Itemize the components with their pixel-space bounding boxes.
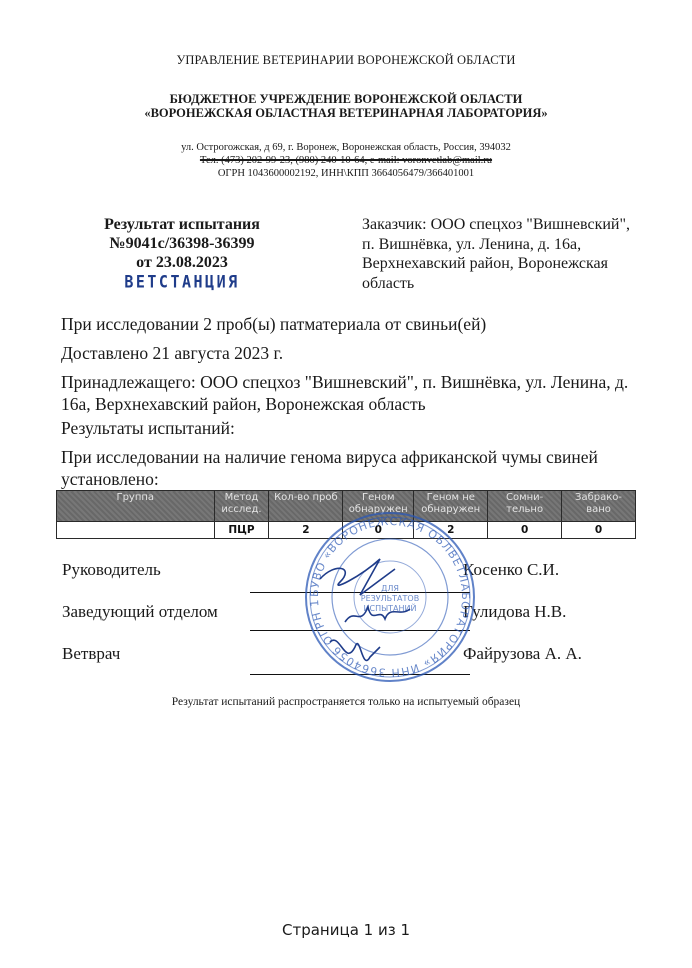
cell-rejected: 0 (562, 522, 636, 539)
svg-text:РЕЗУЛЬТАТОВ: РЕЗУЛЬТАТОВ (361, 594, 419, 603)
ogrn-inn: ОГРН 1043600002192, ИНН\КПП 3664056479/3… (0, 167, 692, 180)
samples-line: При исследовании 2 проб(ы) патматериала … (61, 313, 641, 335)
signature-role-vet: Ветврач (62, 644, 120, 664)
result-number: №9041с/36398-36399 (62, 234, 302, 253)
institution-line-1: БЮДЖЕТНОЕ УЧРЕЖДЕНИЕ ВОРОНЕЖСКОЙ ОБЛАСТИ (0, 92, 692, 106)
cell-sample-count: 2 (269, 522, 343, 539)
table-header-row: Группа Метод исслед. Кол-во проб Геном о… (57, 491, 636, 522)
signature-role-head: Руководитель (62, 560, 161, 580)
cell-genome-not-detected: 2 (414, 522, 488, 539)
result-heading-block: Результат испытания №9041с/36398-36399 о… (62, 215, 302, 292)
cell-group (57, 522, 215, 539)
authority-heading: УПРАВЛЕНИЕ ВЕТЕРИНАРИИ ВОРОНЕЖСКОЙ ОБЛАС… (0, 53, 692, 68)
signature-role-dept: Заведующий отделом (62, 602, 218, 622)
col-header-doubtful: Сомни-тельно (488, 491, 562, 522)
result-title: Результат испытания (62, 215, 302, 234)
institution-address-block: ул. Острогожская, д 69, г. Воронеж, Воро… (0, 141, 692, 180)
signature-line-dept (250, 630, 470, 631)
col-header-sample-count: Кол-во проб (269, 491, 343, 522)
signature-line-vet (250, 674, 470, 675)
vetstation-stamp-label: ВЕТСТАНЦИЯ (62, 272, 302, 293)
delivered-line: Доставлено 21 августа 2023 г. (61, 342, 641, 364)
footer-disclaimer: Результат испытаний распространяется тол… (0, 696, 692, 708)
col-header-rejected: Забрако-вано (562, 491, 636, 522)
signature-name-vet: Файрузова А. А. (463, 644, 582, 664)
signature-name-dept: Гулидова Н.В. (463, 602, 566, 622)
col-header-genome-not-detected: Геном не обнаружен (414, 491, 488, 522)
signature-line-head (250, 592, 470, 593)
col-header-method: Метод исслед. (214, 491, 269, 522)
results-label: Результаты испытаний: (61, 417, 641, 439)
table-row: ПЦР 2 0 2 0 0 (57, 522, 636, 539)
owner-line: Принадлежащего: ООО спецхоз "Вишневский"… (61, 371, 641, 415)
contacts: Тел. (473) 202-99-23, (980) 240-10-64, e… (0, 154, 692, 167)
results-table: Группа Метод исслед. Кол-во проб Геном о… (56, 490, 636, 539)
col-header-group: Группа (57, 491, 215, 522)
client-info: Заказчик: ООО спецхоз "Вишневский", п. В… (362, 215, 632, 293)
institution-heading: БЮДЖЕТНОЕ УЧРЕЖДЕНИЕ ВОРОНЕЖСКОЙ ОБЛАСТИ… (0, 92, 692, 120)
signature-name-head: Косенко С.И. (463, 560, 559, 580)
cell-doubtful: 0 (488, 522, 562, 539)
col-header-genome-detected: Геном обнаружен (343, 491, 414, 522)
svg-text:ИСПЫТАНИЙ: ИСПЫТАНИЙ (364, 602, 417, 613)
study-conclusion-line: При исследовании на наличие генома вирус… (61, 446, 641, 490)
page-number: Страница 1 из 1 (0, 921, 692, 939)
address: ул. Острогожская, д 69, г. Воронеж, Воро… (0, 141, 692, 154)
cell-method: ПЦР (214, 522, 269, 539)
institution-line-2: «ВОРОНЕЖСКАЯ ОБЛАСТНАЯ ВЕТЕРИНАРНАЯ ЛАБО… (0, 106, 692, 120)
result-date: от 23.08.2023 (62, 253, 302, 272)
cell-genome-detected: 0 (343, 522, 414, 539)
